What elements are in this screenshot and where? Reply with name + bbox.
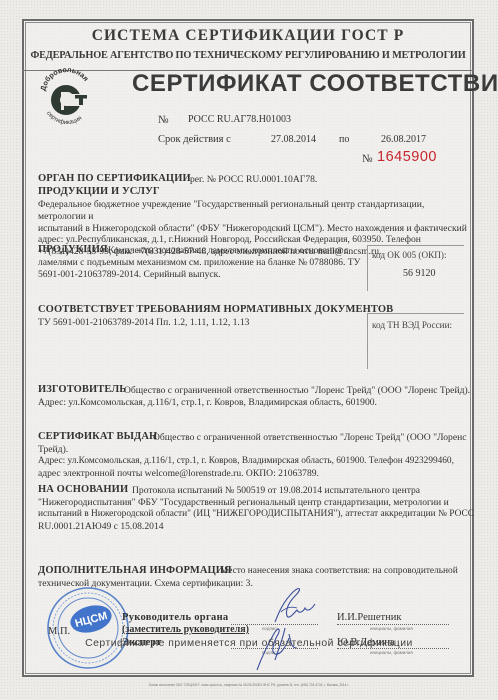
head-name-line <box>337 624 449 625</box>
basis-line: Протокола испытаний № 500519 от 19.08.20… <box>132 485 420 497</box>
basis-label: НА ОСНОВАНИИ <box>38 484 128 495</box>
basis-line: "Нижегородиспытания" ФБУ "Государственны… <box>38 497 449 509</box>
valid-to: 26.08.2017 <box>381 134 426 145</box>
issued-to-line: Трейд). <box>38 444 68 456</box>
head-name: И.И.Решетник <box>337 612 401 623</box>
name-caption: инициалы, фамилия <box>370 650 413 655</box>
issued-to-line: Адрес: ул.Комсомольская, д.116/1, стр.1,… <box>38 456 454 468</box>
number-label: № <box>158 114 169 126</box>
certificate-number: РОСС RU.АГ78.Н01003 <box>188 114 291 125</box>
issued-to-line: Общество с ограниченной ответственностью… <box>153 432 467 444</box>
basis-line: RU.0001.21АЮ49 с 15.08.2014 <box>38 521 164 533</box>
issued-to-label: СЕРТИФИКАТ ВЫДАН <box>38 431 157 442</box>
manufacturer-label: ИЗГОТОВИТЕЛЬ <box>38 384 126 395</box>
issued-to-line: адрес электронной почты welcome@lorenstr… <box>38 468 319 480</box>
validity-label: Срок действия с <box>158 134 231 145</box>
mp-label: М.П. <box>48 626 70 637</box>
basis-line: испытаний в Нижегородской области" (ИЦ "… <box>38 509 474 521</box>
serial-label: № <box>362 153 373 165</box>
deputy-label: (заместитель руководителя) <box>122 624 249 635</box>
valid-from: 27.08.2014 <box>271 134 316 145</box>
cert-body-line: испытаний в Нижегородской области" (ФБУ … <box>38 223 468 235</box>
product-line: ламелями с подъемным механизмом см. прил… <box>38 257 360 269</box>
valid-to-label: по <box>339 134 349 145</box>
compliance-text: ТУ 5691-001-21063789-2014 Пп. 1.2, 1.11,… <box>38 317 249 329</box>
product-line: 5691-001-21063789-2014. Серийный выпуск. <box>38 269 221 281</box>
cert-body-line: Федеральное бюджетное учреждение "Госуда… <box>38 199 468 223</box>
certificate-title: СЕРТИФИКАТ СООТВЕТСТВИЯ <box>132 70 498 98</box>
manufacturer-name: Общество с ограниченной ответственностью… <box>124 385 470 397</box>
product-line: Комплекты основания с ламелями, комплект… <box>108 245 348 257</box>
manufacturer-address: Адрес: ул.Комсомольская, д.116/1, стр.1,… <box>38 397 377 409</box>
okp-label: код ОК 005 (ОКП): <box>372 250 447 260</box>
cert-body-heading: ОРГАН ПО СЕРТИФИКАЦИИ <box>38 173 191 184</box>
product-label: ПРОДУКЦИЯ <box>38 244 108 255</box>
tnved-label: код ТН ВЭД России: <box>372 320 452 330</box>
printer-imprint: Бланк изготовлен ЗАО "ОПЦИОН", www.opcio… <box>0 683 498 687</box>
additional-info-line: Место нанесения знака соответствия: на с… <box>220 566 458 578</box>
head-label: Руководитель органа <box>122 612 228 623</box>
name-caption: инициалы, фамилия <box>370 626 413 631</box>
additional-info-label: ДОПОЛНИТЕЛЬНАЯ ИНФОРМАЦИЯ <box>38 565 232 576</box>
cert-body-heading-2: ПРОДУКЦИИ И УСЛУГ <box>38 186 160 197</box>
footer-notice: Сертификат не применяется при обязательн… <box>0 638 498 649</box>
agency-name: ФЕДЕРАЛЬНОЕ АГЕНТСТВО ПО ТЕХНИЧЕСКОМУ РЕ… <box>22 50 474 61</box>
cert-body-reg: рег. № РОСС RU.0001.10АГ78. <box>190 174 317 185</box>
compliance-heading: СООТВЕТСТВУЕТ ТРЕБОВАНИЯМ НОРМАТИВНЫХ ДО… <box>38 304 393 315</box>
rst-voluntary-certification-logo-icon: Добровольная сертификация <box>37 64 97 126</box>
serial-number: 1645900 <box>377 149 437 165</box>
system-title: СИСТЕМА СЕРТИФИКАЦИИ ГОСТ Р <box>22 27 474 45</box>
okp-value: 56 9120 <box>403 268 436 279</box>
